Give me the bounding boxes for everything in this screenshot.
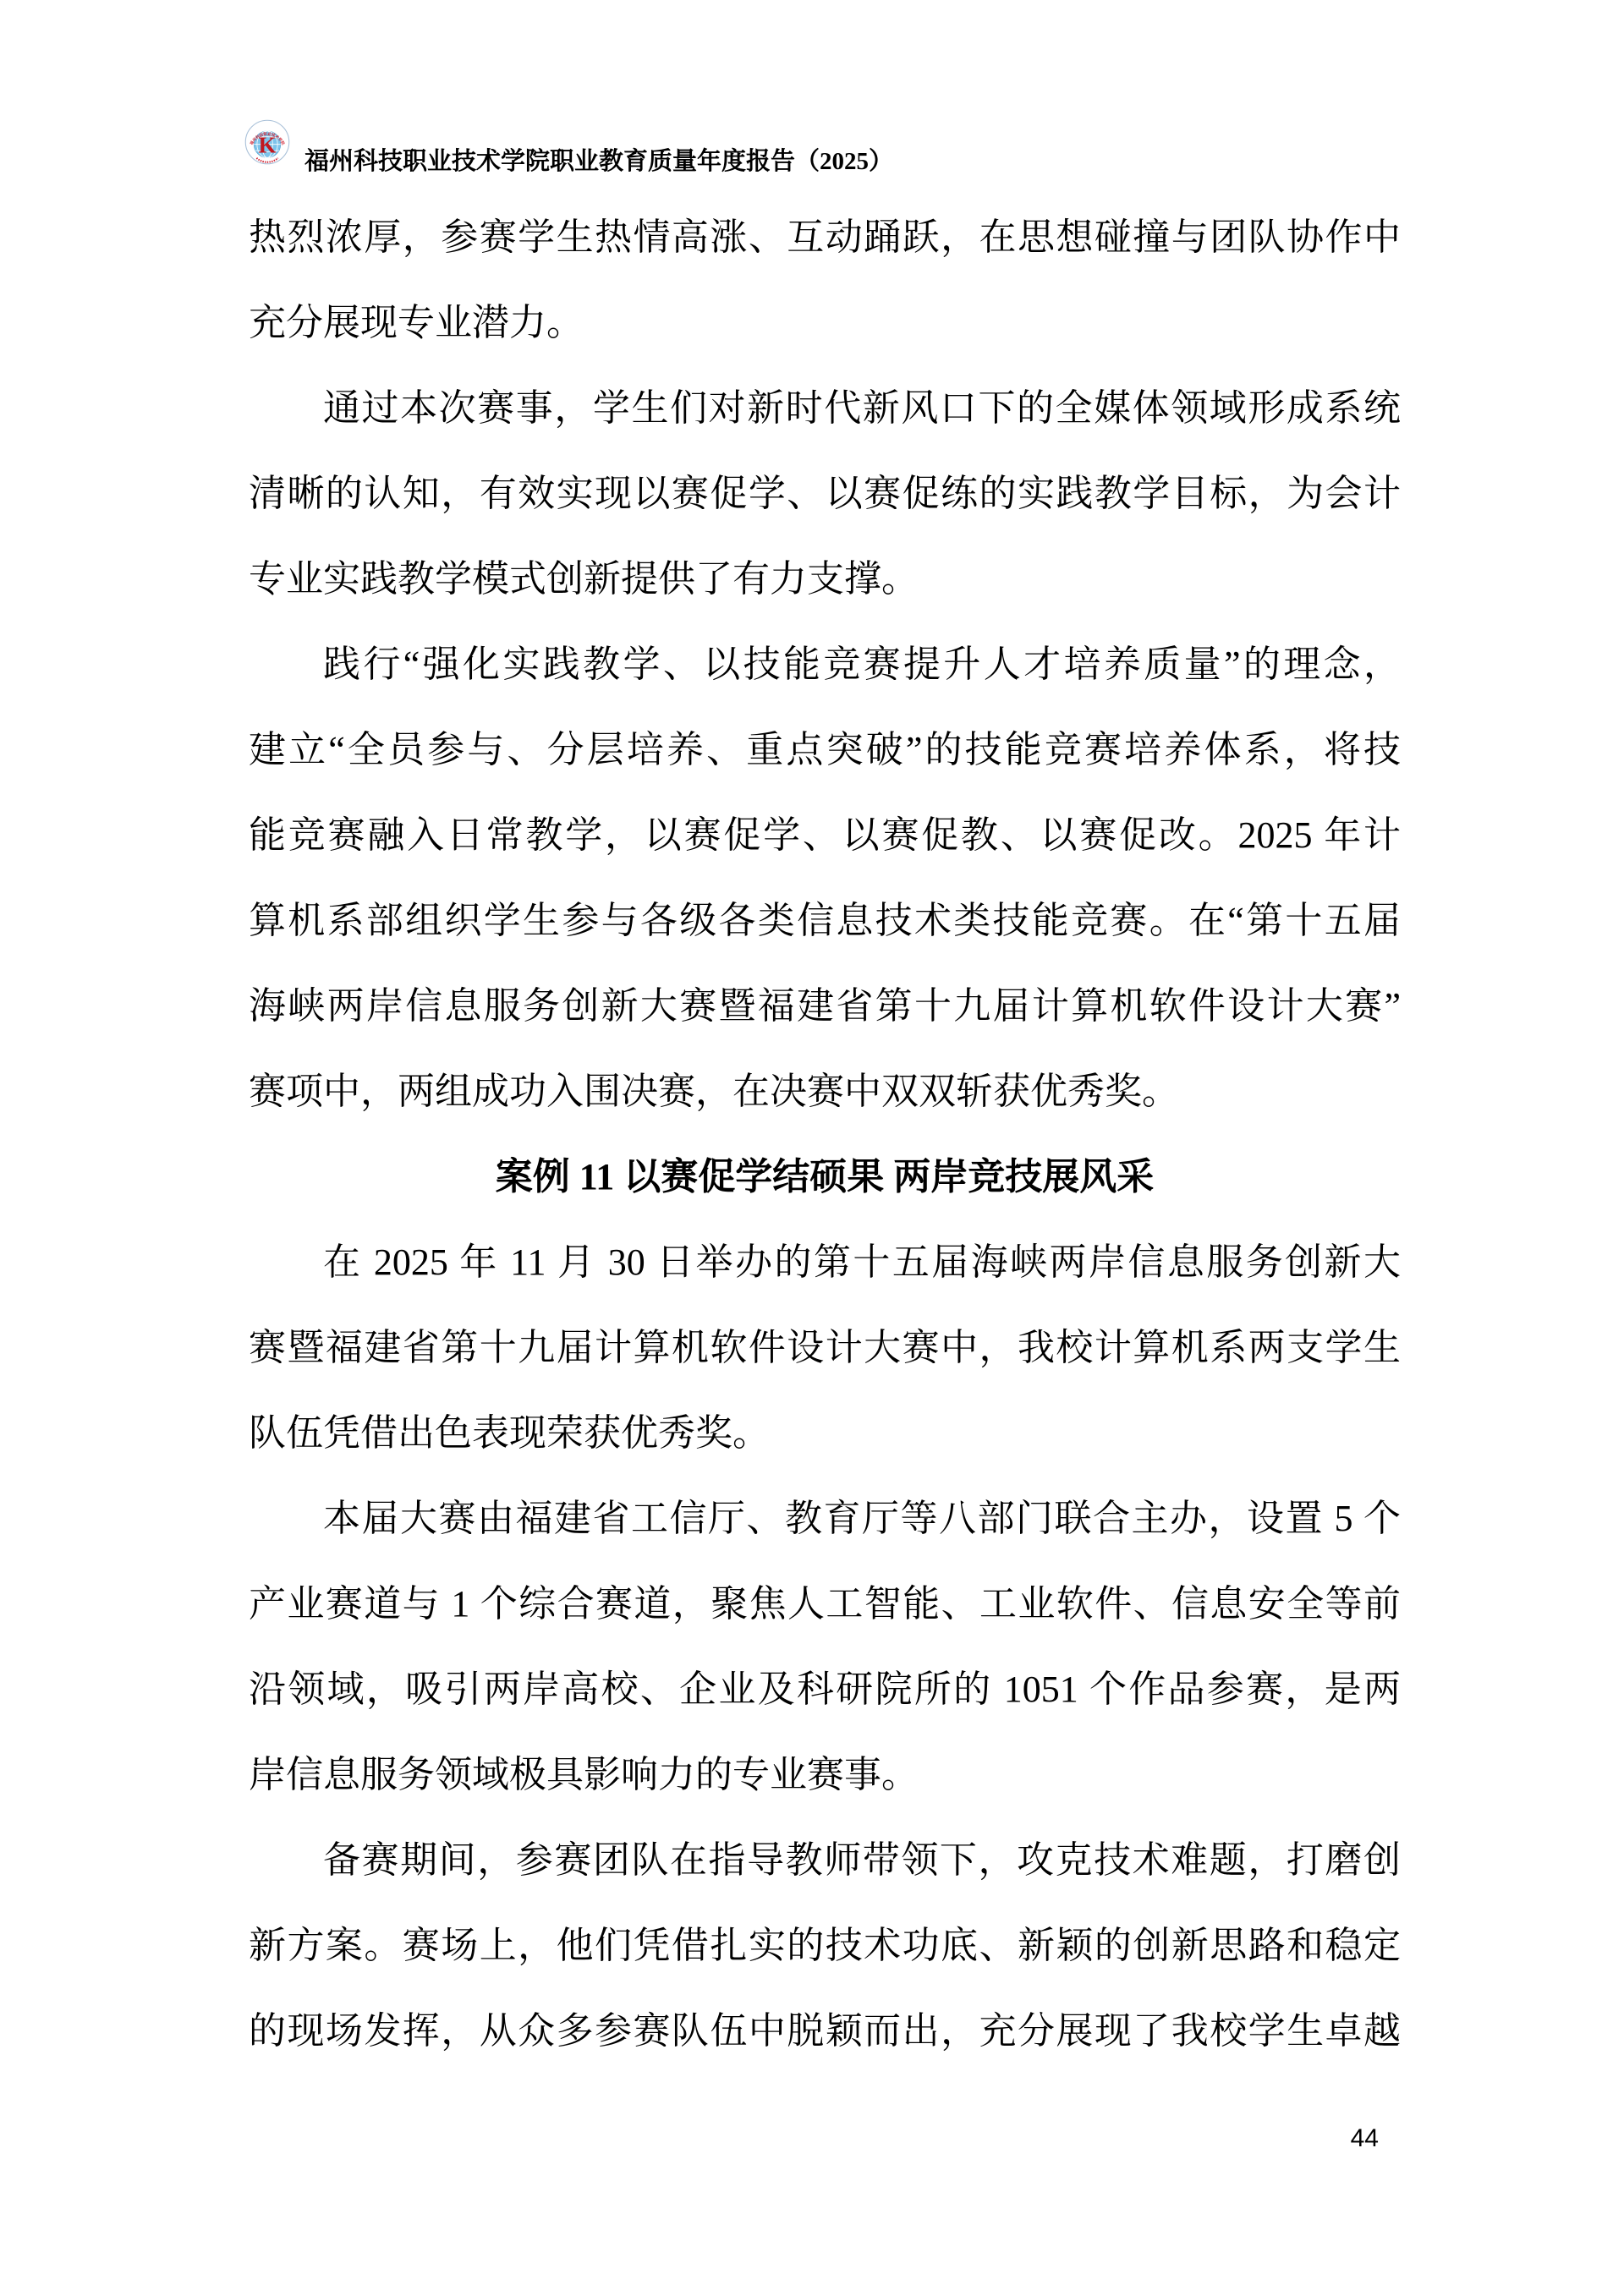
text-line: 算机系部组织学生参与各级各类信息技术类技能竞赛。在“第十五届 [249, 878, 1401, 963]
text-line: 备赛期间，参赛团队在指导教师带领下，攻克技术难题，打磨创 [249, 1817, 1401, 1903]
page-header: 福州科技职业技术学院 K 福州科技职业技术学院职业教育质量年度报告（2025） [0, 0, 1624, 195]
text-line: 建立“全员参与、分层培养、重点突破”的技能竞赛培养体系，将技 [249, 707, 1401, 792]
text-line: 的现场发挥，从众多参赛队伍中脱颖而出，充分展现了我校学生卓越 [249, 1988, 1401, 2074]
text-line: 热烈浓厚，参赛学生热情高涨、互动踊跃，在思想碰撞与团队协作中 [249, 195, 1401, 280]
text-line: 本届大赛由福建省工信厅、教育厅等八部门联合主办，设置 5 个 [249, 1476, 1401, 1561]
text-line: 赛暨福建省第十九届计算机软件设计大赛中，我校计算机系两支学生 [249, 1305, 1401, 1390]
text-line: 岸信息服务领域极具影响力的专业赛事。 [249, 1732, 1401, 1817]
text-line: 新方案。赛场上，他们凭借扎实的技术功底、新颖的创新思路和稳定 [249, 1903, 1401, 1988]
text-line: 能竞赛融入日常教学，以赛促学、以赛促教、以赛促改。2025 年计 [249, 792, 1401, 878]
document-body: 热烈浓厚，参赛学生热情高涨、互动踊跃，在思想碰撞与团队协作中充分展现专业潜力。通… [249, 195, 1401, 2074]
text-line: 清晰的认知，有效实现以赛促学、以赛促练的实践教学目标，为会计 [249, 451, 1401, 536]
text-line: 充分展现专业潜力。 [249, 280, 1401, 365]
text-line: 在 2025 年 11 月 30 日举办的第十五届海峡两岸信息服务创新大 [249, 1219, 1401, 1305]
text-line: 赛项中，两组成功入围决赛，在决赛中双双斩获优秀奖。 [249, 1049, 1401, 1134]
text-line: 沿领域，吸引两岸高校、企业及科研院所的 1051 个作品参赛，是两 [249, 1647, 1401, 1732]
school-logo-icon: 福州科技职业技术学院 K [244, 119, 290, 165]
report-page: 福州科技职业技术学院 K 福州科技职业技术学院职业教育质量年度报告（2025） … [0, 0, 1624, 2296]
text-line: 专业实践教学模式创新提供了有力支撑。 [249, 536, 1401, 622]
text-line: 产业赛道与 1 个综合赛道，聚焦人工智能、工业软件、信息安全等前 [249, 1561, 1401, 1647]
text-line: 通过本次赛事，学生们对新时代新风口下的全媒体领域形成系统 [249, 365, 1401, 451]
report-header-title: 福州科技职业技术学院职业教育质量年度报告（2025） [304, 147, 893, 176]
text-line: 队伍凭借出色表现荣获优秀奖。 [249, 1390, 1401, 1476]
text-line: 践行“强化实践教学、以技能竞赛提升人才培养质量”的理念， [249, 622, 1401, 707]
page-number: 44 [1269, 2124, 1379, 2153]
logo-monogram: K [258, 133, 276, 158]
case-heading: 案例 11 以赛促学结硕果 两岸竞技展风采 [249, 1134, 1401, 1219]
text-line: 海峡两岸信息服务创新大赛暨福建省第十九届计算机软件设计大赛” [249, 963, 1401, 1049]
